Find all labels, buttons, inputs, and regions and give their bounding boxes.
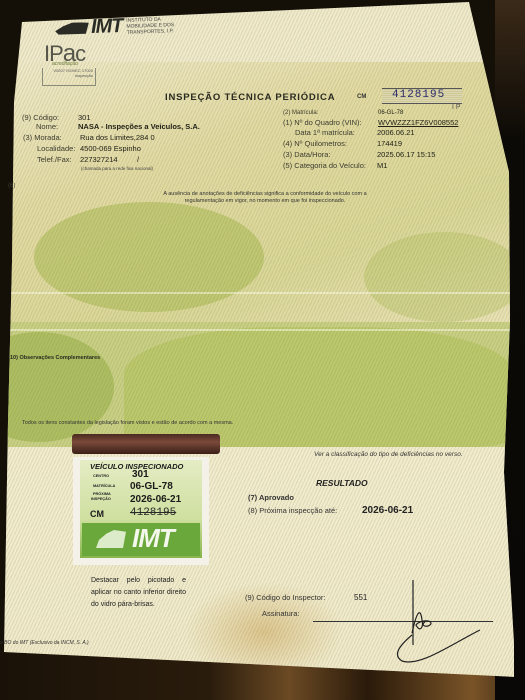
inspection-datetime-label: (3) Data/Hora: <box>283 150 331 159</box>
centre-name-label: Nome: <box>36 122 58 131</box>
sticker-centre: 301 <box>132 469 149 480</box>
inspector-code: 551 <box>354 593 367 602</box>
sticker-plate: 06-GL-78 <box>130 481 173 492</box>
registration-date: 2006.06.21 <box>377 128 415 137</box>
car-icon <box>55 22 89 35</box>
ipac-subtitle: acreditação <box>52 61 78 67</box>
footer-note: o BO do IMT (Exclusivo da INCM, S. A.) <box>0 640 89 646</box>
locality-label: Localidade: <box>37 144 75 153</box>
page-title: INSPEÇÃO TÉCNICA PERIÓDICA <box>165 92 335 103</box>
plate-label: (2) Matrícula: <box>283 110 318 116</box>
address-label: (3) Morada: <box>23 133 62 142</box>
watermark-blob <box>34 202 264 312</box>
sticker-next-date: 2026-06-21 <box>130 494 181 505</box>
detach-instructions: Destacar pelo picotado e aplicar no cant… <box>91 575 186 611</box>
next-inspection-label: (8) Próxima inspecção até: <box>248 506 337 515</box>
fold-line <box>4 292 514 294</box>
plate-number: 06-GL-78 <box>378 110 403 116</box>
fold-line <box>4 329 514 331</box>
phone-fax: 227327214 <box>80 155 118 164</box>
vehicle-category: M1 <box>377 161 387 170</box>
ipac-accreditation-box: V0207 ISO/IEC 17020 Inspecção <box>42 68 96 86</box>
cm-number: 4128195 <box>392 89 445 101</box>
sticker-imt-logo: IMT <box>132 523 174 554</box>
mileage-label: (4) Nº Quilometros: <box>283 139 347 148</box>
phone-fax-separator: / <box>137 155 139 164</box>
sticker-next-label: PRÓXIMA <box>93 492 111 497</box>
watermark-blob <box>364 232 514 322</box>
sticker-plate-label: MATRÍCULA <box>93 484 115 489</box>
watermark-blob <box>124 327 514 447</box>
imt-wordmark: IMT <box>91 15 123 39</box>
registration-date-label: Data 1ª matrícula: <box>295 128 355 137</box>
adhesive-strip <box>72 434 220 454</box>
locality: 4500-069 Espinho <box>80 144 141 153</box>
sticker-cm-number: 4128195 <box>130 507 176 519</box>
cm-label: CM <box>357 94 366 100</box>
result-status: (7) Aprovado <box>248 493 294 502</box>
sticker-cm-label: CM <box>90 509 104 519</box>
imt-logo: IMT INSTITUTO DA MOBILIDADE E DOS TRANSP… <box>55 13 187 41</box>
page-marker: I P <box>452 104 461 111</box>
verso-note: Ver a classificação do tipo de deficiênc… <box>314 451 463 458</box>
sticker-next-label-2: INSPEÇÃO <box>91 497 111 502</box>
sticker-centre-label: CENTRO <box>93 474 109 479</box>
observations-label: 10) Observações Complementares <box>10 355 100 361</box>
centre-name: NASA - Inspeções a Veículos, S.A. <box>78 122 200 131</box>
vehicle-category-label: (5) Categoria do Veículo: <box>283 161 366 170</box>
next-inspection-date: 2026-06-21 <box>362 505 413 516</box>
imt-subtitle: INSTITUTO DA MOBILIDADE E DOS TRANSPORTE… <box>126 15 187 35</box>
inspector-code-label: (9) Código do Inspector: <box>245 593 325 602</box>
observations-statement: Todos os itens constantes da legislação … <box>22 420 233 426</box>
vin-label: (1) Nº do Quadro (VIN): <box>283 118 362 127</box>
deficiencies-section-label: (6) <box>8 183 15 189</box>
mileage: 174419 <box>377 139 402 148</box>
signature-mark <box>380 575 500 665</box>
signature-label: Assinatura: <box>262 609 300 618</box>
address: Rua dos Limites,284 0 <box>80 133 155 142</box>
phone-note: (chamada para a rede fixa nacional) <box>81 166 153 171</box>
centre-code-label: (9) Código: <box>22 113 59 122</box>
phone-fax-label: Telef./Fax: <box>37 155 72 164</box>
centre-code: 301 <box>78 113 91 122</box>
deficiencies-notice: A ausência de anotações de deficiências … <box>150 191 380 205</box>
vin: WVWZZZ1FZ6V008552 <box>378 118 458 127</box>
result-title: RESULTADO <box>316 478 368 488</box>
inspection-datetime: 2025.06.17 15:15 <box>377 150 435 159</box>
